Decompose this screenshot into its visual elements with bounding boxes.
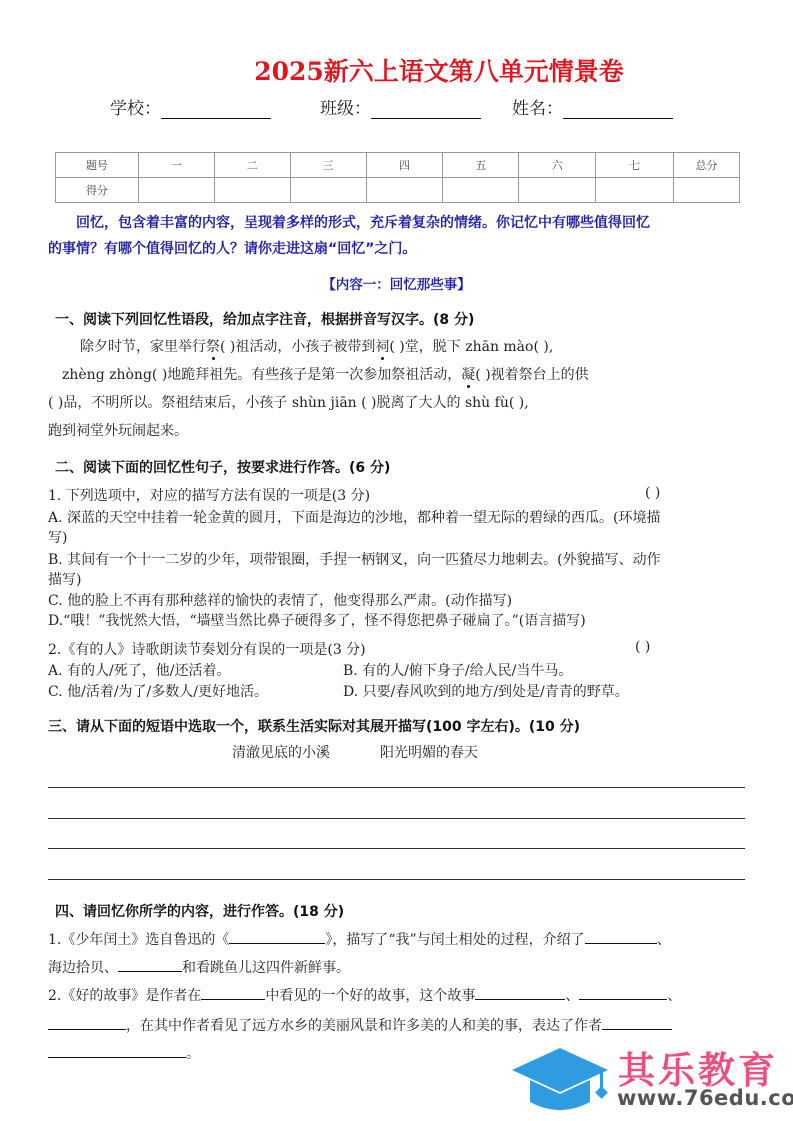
score-table-score-row: 得分 bbox=[56, 178, 740, 203]
score-table-header-row: 题号 一 二 三 四 五 六 七 总分 bbox=[56, 153, 740, 178]
q1-passage-line-1: 除夕时节，家里举行祭( )祖活动，小孩子被带到祠( )堂，脱下 zhān mào… bbox=[80, 336, 553, 356]
score-cell[interactable] bbox=[443, 178, 519, 203]
score-cell[interactable] bbox=[138, 178, 214, 203]
question-text: 和看跳鱼儿这四件新鲜事。 bbox=[182, 960, 350, 976]
phrase-option-2: 阳光明媚的春天 bbox=[380, 742, 478, 762]
intro-line-2: 的事情？有哪个值得回忆的人？请你走进这扇“回忆”之门。 bbox=[48, 241, 416, 257]
passage-text: ( )祖活动，小孩子被带到 bbox=[220, 339, 375, 355]
question-text: 》，描写了“我”与闰土相处的过程，介绍了 bbox=[325, 932, 584, 948]
fill-blank[interactable] bbox=[229, 929, 325, 944]
passage-text: zhèng zhòng( )地跪拜祖先。有些孩子是第一次参加祭祖活动， bbox=[62, 367, 461, 383]
q2-option-c: C. 他的脸上不再有那种慈祥的愉快的表情了，他变得那么严肃。(动作描写) bbox=[48, 590, 512, 610]
score-cell[interactable] bbox=[214, 178, 290, 203]
q4-sub2-line-3: 。 bbox=[48, 1043, 200, 1063]
class-field: 班级： bbox=[320, 94, 481, 119]
section-label: 【内容一：回忆那些事】 bbox=[0, 273, 793, 293]
passage-text: ( )堂，脱下 zhān mào( ), bbox=[389, 339, 553, 355]
table-cell: 总分 bbox=[674, 153, 740, 178]
writing-line[interactable] bbox=[48, 818, 745, 819]
writing-line[interactable] bbox=[48, 787, 745, 788]
score-cell[interactable] bbox=[674, 178, 740, 203]
q4-sub1-line-2: 海边拾贝、和看跳鱼儿这四件新鲜事。 bbox=[48, 957, 350, 977]
table-cell: 六 bbox=[519, 153, 596, 178]
q2-sub2-stem: 2.《有的人》诗歌朗读节奏划分有误的一项是(3 分) bbox=[48, 639, 366, 659]
question-text: 。 bbox=[186, 1046, 200, 1062]
fill-blank[interactable] bbox=[201, 985, 265, 1000]
q1-passage-line-4: 跑到祠堂外玩闹起来。 bbox=[48, 420, 188, 440]
fill-blank[interactable] bbox=[579, 985, 667, 1000]
answer-bracket[interactable]: ( ) bbox=[645, 485, 660, 501]
question-text: 1.《少年闰土》选自鲁迅的《 bbox=[48, 932, 229, 948]
q2-option-d: D.“哦！”我恍然大悟，“墙壁当然比鼻子硬得多了，怪不得您把鼻子碰扁了。”(语言… bbox=[48, 610, 586, 630]
question-text: 中看见的一个好的故事，这个故事 bbox=[265, 988, 475, 1004]
question-1-heading: 一、阅读下列回忆性语段，给加点字注音，根据拼音写汉字。(8 分) bbox=[55, 309, 474, 329]
q2-option-a: A. 深蓝的天空中挂着一轮金黄的圆月，下面是海边的沙地，都种着一望无际的碧绿的西… bbox=[48, 507, 660, 527]
answer-bracket[interactable]: ( ) bbox=[635, 639, 650, 655]
fill-blank[interactable] bbox=[118, 957, 182, 972]
q2-option-b: B. 其间有一个十一二岁的少年，项带银圈，手捏一柄钢叉，向一匹猹尽力地刺去。(外… bbox=[48, 549, 661, 569]
passage-text: 除夕时节，家里举行 bbox=[80, 339, 206, 355]
table-cell: 二 bbox=[214, 153, 290, 178]
table-cell: 一 bbox=[138, 153, 214, 178]
question-text: 、 bbox=[565, 988, 579, 1004]
fill-blank[interactable] bbox=[48, 1043, 186, 1058]
table-cell: 五 bbox=[443, 153, 519, 178]
table-cell: 四 bbox=[366, 153, 443, 178]
q4-sub2-line-2: ，在其中作者看见了远方水乡的美丽风景和许多美的人和美的事，表达了作者 bbox=[48, 1015, 672, 1035]
phrase-option-1: 清澈见底的小溪 bbox=[232, 742, 330, 762]
q4-sub2-line-1: 2.《好的故事》是作者在中看见的一个好的故事，这个故事、、 bbox=[48, 985, 681, 1005]
q2-option-a-cont: 写) bbox=[48, 527, 67, 547]
intro-paragraph: 回忆，包含着丰富的内容，呈现着多样的形式，充斥着复杂的情绪。你记忆中有哪些值得回… bbox=[48, 210, 748, 262]
q2-sub2-option-c: C. 他/活着/为了/多数人/更好地活。 bbox=[48, 681, 268, 701]
question-text: 2.《好的故事》是作者在 bbox=[48, 988, 201, 1004]
fill-blank[interactable] bbox=[602, 1015, 672, 1030]
question-text: 海边拾贝、 bbox=[48, 960, 118, 976]
writing-line[interactable] bbox=[48, 848, 745, 849]
emphasis-char: 祠 bbox=[375, 339, 389, 355]
score-cell[interactable] bbox=[519, 178, 596, 203]
school-field: 学校： bbox=[110, 94, 271, 119]
passage-text: ( )视着祭台上的供 bbox=[475, 367, 588, 383]
table-cell: 三 bbox=[290, 153, 366, 178]
class-label: 班级： bbox=[320, 99, 371, 119]
name-field: 姓名： bbox=[512, 94, 673, 119]
fill-blank[interactable] bbox=[48, 1015, 126, 1030]
page-title: 2025新六上语文第八单元情景卷 bbox=[0, 52, 793, 88]
question-3-heading: 三、请从下面的短语中选取一个，联系生活实际对其展开描写(100 字左右)。(10… bbox=[48, 716, 580, 736]
brand-url: www.76edu.com bbox=[617, 1086, 793, 1110]
q4-sub1-line-1: 1.《少年闰土》选自鲁迅的《》，描写了“我”与闰土相处的过程，介绍了、 bbox=[48, 929, 671, 949]
class-input-line[interactable] bbox=[371, 102, 481, 119]
question-text: 、 bbox=[657, 932, 671, 948]
q2-sub1-stem: 1. 下列选项中，对应的描写方法有误的一项是(3 分) bbox=[48, 485, 370, 505]
table-cell: 得分 bbox=[56, 178, 139, 203]
q2-option-b-cont: 描写) bbox=[48, 569, 81, 589]
q1-passage-line-3: ( )品，不明所以。祭祖结束后，小孩子 shùn jiān ( )脱离了大人的 … bbox=[48, 392, 529, 412]
intro-line-1: 回忆，包含着丰富的内容，呈现着多样的形式，充斥着复杂的情绪。你记忆中有哪些值得回… bbox=[76, 215, 650, 231]
writing-line[interactable] bbox=[48, 879, 745, 880]
emphasis-char: 凝 bbox=[461, 367, 475, 383]
fill-blank[interactable] bbox=[475, 985, 565, 1000]
score-table: 题号 一 二 三 四 五 六 七 总分 得分 bbox=[55, 152, 740, 203]
school-label: 学校： bbox=[110, 99, 161, 119]
question-text: 、 bbox=[667, 988, 681, 1004]
question-text: ，在其中作者看见了远方水乡的美丽风景和许多美的人和美的事，表达了作者 bbox=[126, 1018, 602, 1034]
q2-sub2-option-a: A. 有的人/死了，他/还活着。 bbox=[48, 660, 230, 680]
q2-sub2-option-d: D. 只要/春风吹到的地方/到处是/青青的野草。 bbox=[343, 681, 629, 701]
table-cell: 题号 bbox=[56, 153, 139, 178]
q2-sub2-option-b: B. 有的人/俯下身子/给人民/当牛马。 bbox=[343, 660, 572, 680]
emphasis-char: 祭 bbox=[206, 339, 220, 355]
table-cell: 七 bbox=[596, 153, 674, 178]
score-cell[interactable] bbox=[596, 178, 674, 203]
school-input-line[interactable] bbox=[161, 102, 271, 119]
question-4-heading: 四、请回忆你所学的内容，进行作答。(18 分) bbox=[55, 901, 344, 921]
name-input-line[interactable] bbox=[563, 102, 673, 119]
score-cell[interactable] bbox=[290, 178, 366, 203]
score-cell[interactable] bbox=[366, 178, 443, 203]
name-label: 姓名： bbox=[512, 99, 563, 119]
question-2-heading: 二、阅读下面的回忆性句子，按要求进行作答。(6 分) bbox=[55, 457, 390, 477]
q1-passage-line-2: zhèng zhòng( )地跪拜祖先。有些孩子是第一次参加祭祖活动，凝( )视… bbox=[62, 364, 589, 384]
fill-blank[interactable] bbox=[585, 929, 657, 944]
